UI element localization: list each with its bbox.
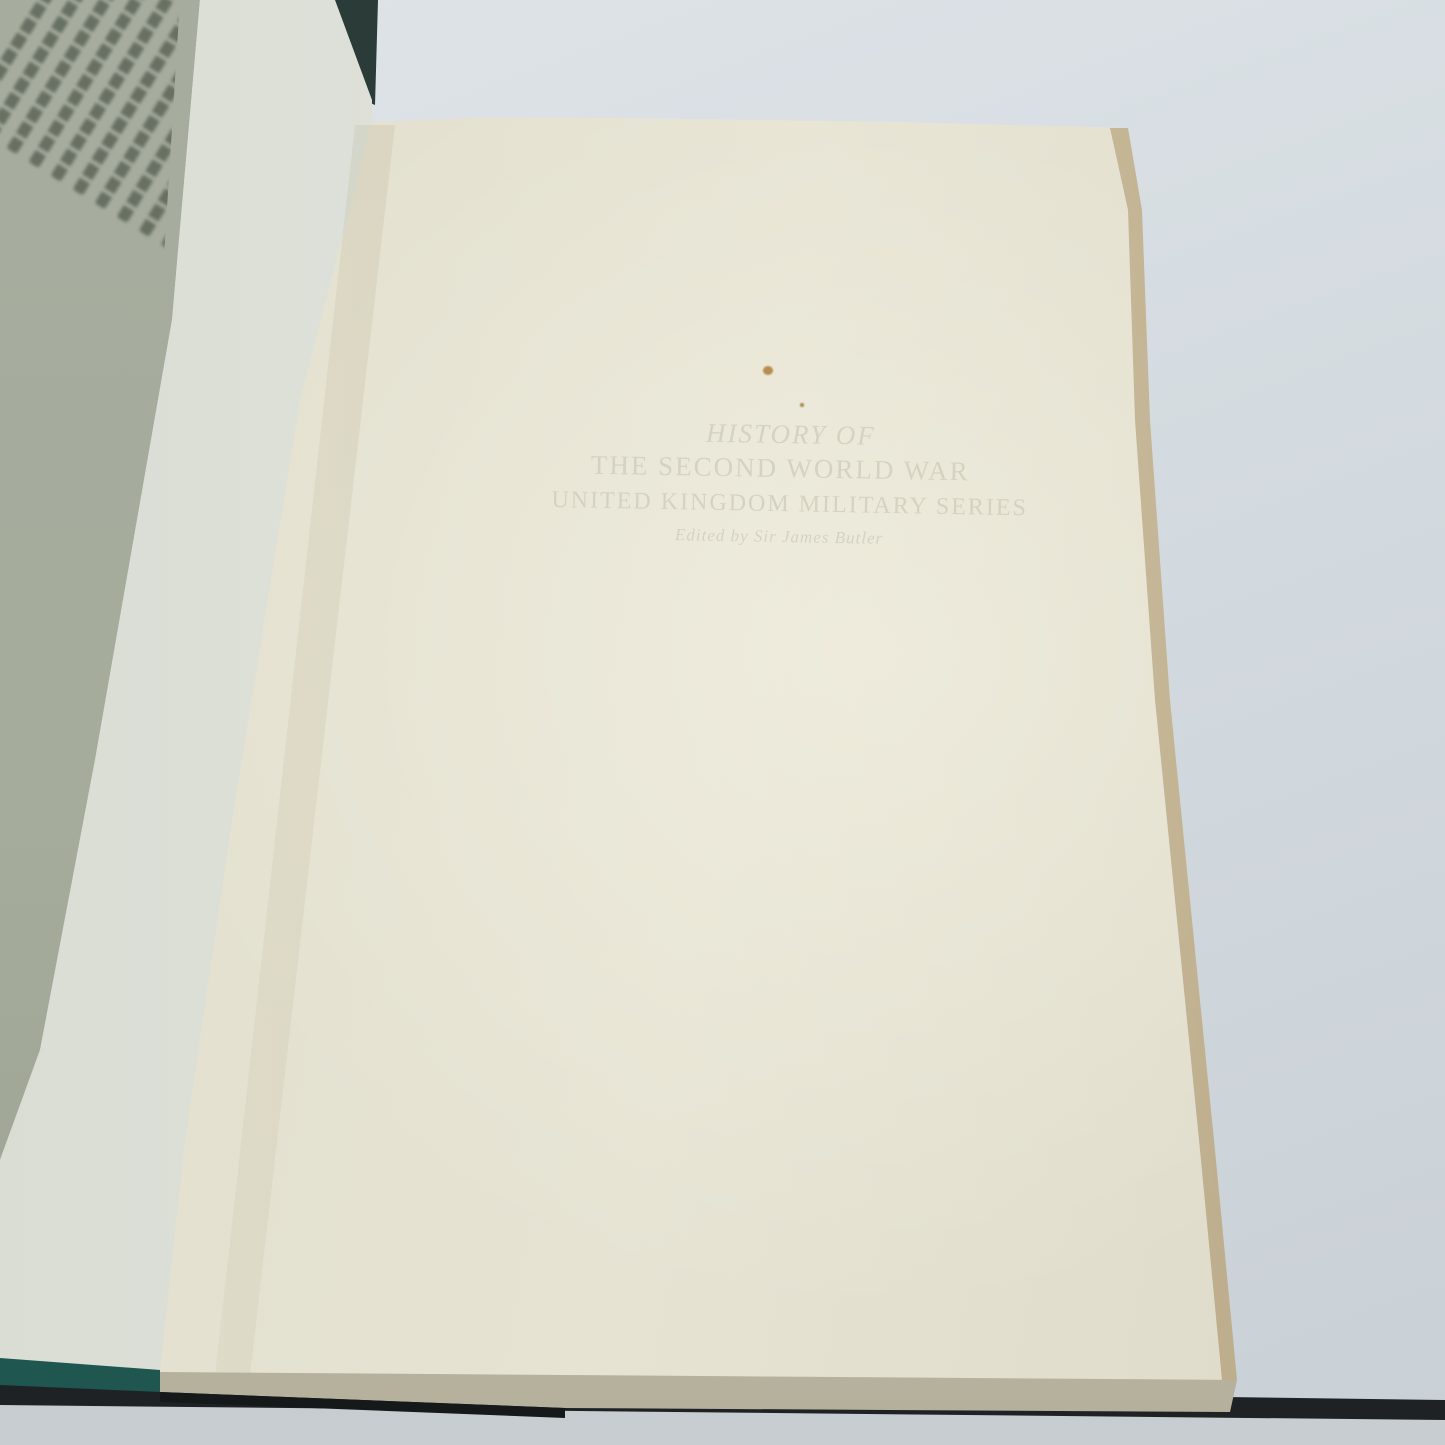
bleed-through-title: HISTORY OF THE SECOND WORLD WAR UNITED K…: [499, 413, 1061, 557]
foxing-spot: [800, 403, 804, 407]
foxing-spot: [763, 366, 773, 375]
